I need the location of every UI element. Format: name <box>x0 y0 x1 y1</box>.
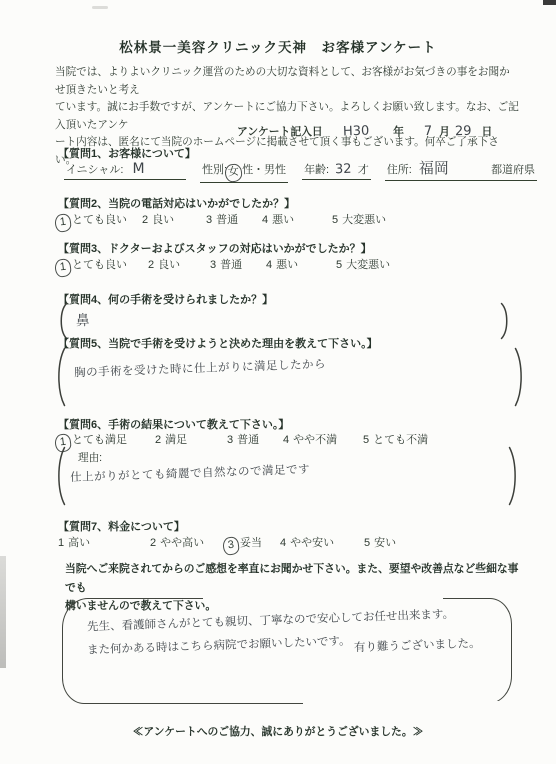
box-border-gap <box>203 596 443 601</box>
age-unit: 才 <box>358 164 369 176</box>
option-number: 5 <box>336 259 342 271</box>
date-year-unit: 年 <box>393 124 404 139</box>
q7-option-1: 1高い <box>58 534 150 550</box>
age-field: 年齢: 32 才 <box>302 161 371 180</box>
feedback-comment-text: 先生、看護師さんがとても親切、丁寧なので安心してお任せ出来ます。 また何かある時… <box>87 608 511 658</box>
age-value: 32 <box>335 162 352 178</box>
date-day-unit: 日 <box>481 124 492 139</box>
q6-reason-box: 理由: 仕上がりがとても綺麗で自然なので満足です <box>54 446 520 506</box>
q3-option-2: 2良い <box>148 256 210 272</box>
q3-option-4: 4悪い <box>266 256 336 272</box>
q6-heading: 【質問6、手術の結果について教えて下さい。】 <box>58 416 289 432</box>
option-number: 2 <box>148 259 154 271</box>
q6-option-3: 3普通 <box>227 431 283 447</box>
scan-artifact-smudge <box>92 6 108 9</box>
q3-options: 1とても良い 2良い 3普通 4悪い 5大変悪い <box>58 256 390 275</box>
option-label: 大変悪い <box>342 214 386 226</box>
intro-line: 当院では、よりよいクリニック運営のための大切な資料として、お客様がお気づきの事を… <box>55 64 519 99</box>
q4-answer-value: 鼻 <box>76 309 90 329</box>
date-month-value: 7 <box>424 124 433 139</box>
option-number: 4 <box>280 537 286 549</box>
q6-option-4: 4やや不満 <box>283 431 363 447</box>
date-label: アンケート記入日 <box>237 124 323 139</box>
option-label: 悪い <box>272 214 294 226</box>
box-border-gap <box>303 701 503 706</box>
address-value: 福岡 <box>419 159 449 177</box>
feedback-comment-box: 先生、看護師さんがとても親切、丁寧なので安心してお任せ出来ます。 また何かある時… <box>62 598 512 704</box>
q7-option-3: 3妥当 <box>226 534 280 553</box>
option-number: 4 <box>266 259 272 271</box>
option-number: 4 <box>283 434 289 446</box>
option-label: 普通 <box>237 434 259 446</box>
q7-heading: 【質問7、料金について】 <box>58 518 185 534</box>
right-bracket <box>499 302 512 340</box>
q2-option-1: 1とても良い <box>58 211 142 230</box>
q2-heading: 【質問2、当院の電話対応はいかがでしたか？】 <box>58 195 295 211</box>
initial-field: イニシャル: M <box>64 161 186 180</box>
option-label: 良い <box>152 214 174 226</box>
option-number: 3 <box>227 434 233 446</box>
gender-field: 性別:女性・男性 <box>200 161 288 183</box>
age-label: 年齢: <box>304 164 329 176</box>
right-bracket <box>513 347 526 407</box>
option-number: 5 <box>364 537 370 549</box>
q3-option-5: 5大変悪い <box>336 256 390 272</box>
q1-answer-row: イニシャル: M 性別:女性・男性 年齢: 32 才 住所: 福岡 都道府県 <box>64 157 537 183</box>
left-bracket <box>54 446 67 506</box>
q2-option-4: 4悪い <box>262 211 332 227</box>
q6-option-5: 5とても不満 <box>363 431 428 447</box>
survey-document: 松林景一美容クリニック天神 お客様アンケート 当院では、よりよいクリニック運営の… <box>0 0 556 764</box>
scan-artifact-edge <box>0 556 6 668</box>
option-label: 普通 <box>216 214 238 226</box>
option-number: 2 <box>155 434 161 446</box>
option-label: 大変悪い <box>346 259 390 271</box>
q3-heading: 【質問3、ドクターおよびスタッフの対応はいかがでしたか？】 <box>58 240 372 256</box>
q7-option-5: 5安い <box>364 534 396 550</box>
q5-answer-box: 胸の手術を受けた時に仕上がりに満足したから <box>54 347 526 407</box>
option-number: 3 <box>210 259 216 271</box>
scan-artifact-corner <box>543 0 556 5</box>
address-field: 住所: 福岡 都道府県 <box>385 157 537 181</box>
hand-circle-q7: 3 <box>222 536 240 556</box>
q2-option-2: 2良い <box>142 211 206 227</box>
option-label: とても不満 <box>373 434 428 446</box>
option-label: 妥当 <box>240 537 262 549</box>
option-label: 良い <box>158 259 180 271</box>
option-label: とても良い <box>72 259 127 271</box>
gender-label: 性別: <box>202 164 227 176</box>
date-day-value: 29 <box>455 124 472 140</box>
q3-option-3: 3普通 <box>210 256 266 272</box>
comment-line: 有り難うございました。 <box>354 631 481 660</box>
q6-option-2: 2満足 <box>155 431 227 447</box>
option-label: とても満足 <box>72 434 127 446</box>
hand-circle-q2: 1 <box>54 213 72 233</box>
survey-date-line: アンケート記入日 H30 年 7 月 29 日 <box>237 124 492 139</box>
right-bracket <box>507 446 520 506</box>
option-number: 1 <box>58 537 64 549</box>
option-label: やや高い <box>160 537 204 549</box>
footer-thanks: ≪アンケートへのご協力、誠にありがとうございました。≫ <box>0 724 556 739</box>
left-bracket <box>54 347 67 407</box>
q7-option-4: 4やや安い <box>280 534 364 550</box>
option-label: 満足 <box>165 434 187 446</box>
option-label: やや不満 <box>293 434 337 446</box>
address-label: 住所: <box>387 164 412 176</box>
q3-option-1: 1とても良い <box>58 256 148 275</box>
q6-reason-value: 仕上がりがとても綺麗で自然なので満足です <box>70 461 310 485</box>
option-label: 悪い <box>276 259 298 271</box>
option-label: とても良い <box>72 214 127 226</box>
q7-option-2: 2やや高い <box>150 534 226 550</box>
q5-answer-value: 胸の手術を受けた時に仕上がりに満足したから <box>74 356 326 381</box>
option-number: 5 <box>332 214 338 226</box>
option-label: 高い <box>68 537 90 549</box>
q2-options: 1とても良い 2良い 3普通 4悪い 5大変悪い <box>58 211 386 230</box>
date-month-unit: 月 <box>439 124 450 139</box>
option-label: 普通 <box>220 259 242 271</box>
option-number: 2 <box>142 214 148 226</box>
address-suffix: 都道府県 <box>491 164 535 176</box>
q7-options: 1高い 2やや高い 3妥当 4やや安い 5安い <box>58 534 396 553</box>
option-number: 4 <box>262 214 268 226</box>
option-number: 2 <box>150 537 156 549</box>
hand-circle-q3: 1 <box>54 258 72 278</box>
initial-value: M <box>132 161 144 177</box>
q2-option-5: 5大変悪い <box>332 211 386 227</box>
option-number: 5 <box>363 434 369 446</box>
gender-options-rest: 性・男性 <box>242 164 286 176</box>
page-title: 松林景一美容クリニック天神 お客様アンケート <box>0 36 556 56</box>
initial-label: イニシャル: <box>66 164 123 176</box>
q2-option-3: 3普通 <box>206 211 262 227</box>
q6-reason-label: 理由: <box>78 450 102 465</box>
date-year-value: H30 <box>342 124 369 140</box>
option-label: 安い <box>374 537 396 549</box>
option-label: やや安い <box>290 537 334 549</box>
option-number: 3 <box>206 214 212 226</box>
hand-circle-gender: 女 <box>224 163 243 182</box>
feedback-prompt-line: 当院へご来院されてからのご感想を率直にお聞かせ下さい。また、要望や改善点など些細… <box>65 560 525 597</box>
